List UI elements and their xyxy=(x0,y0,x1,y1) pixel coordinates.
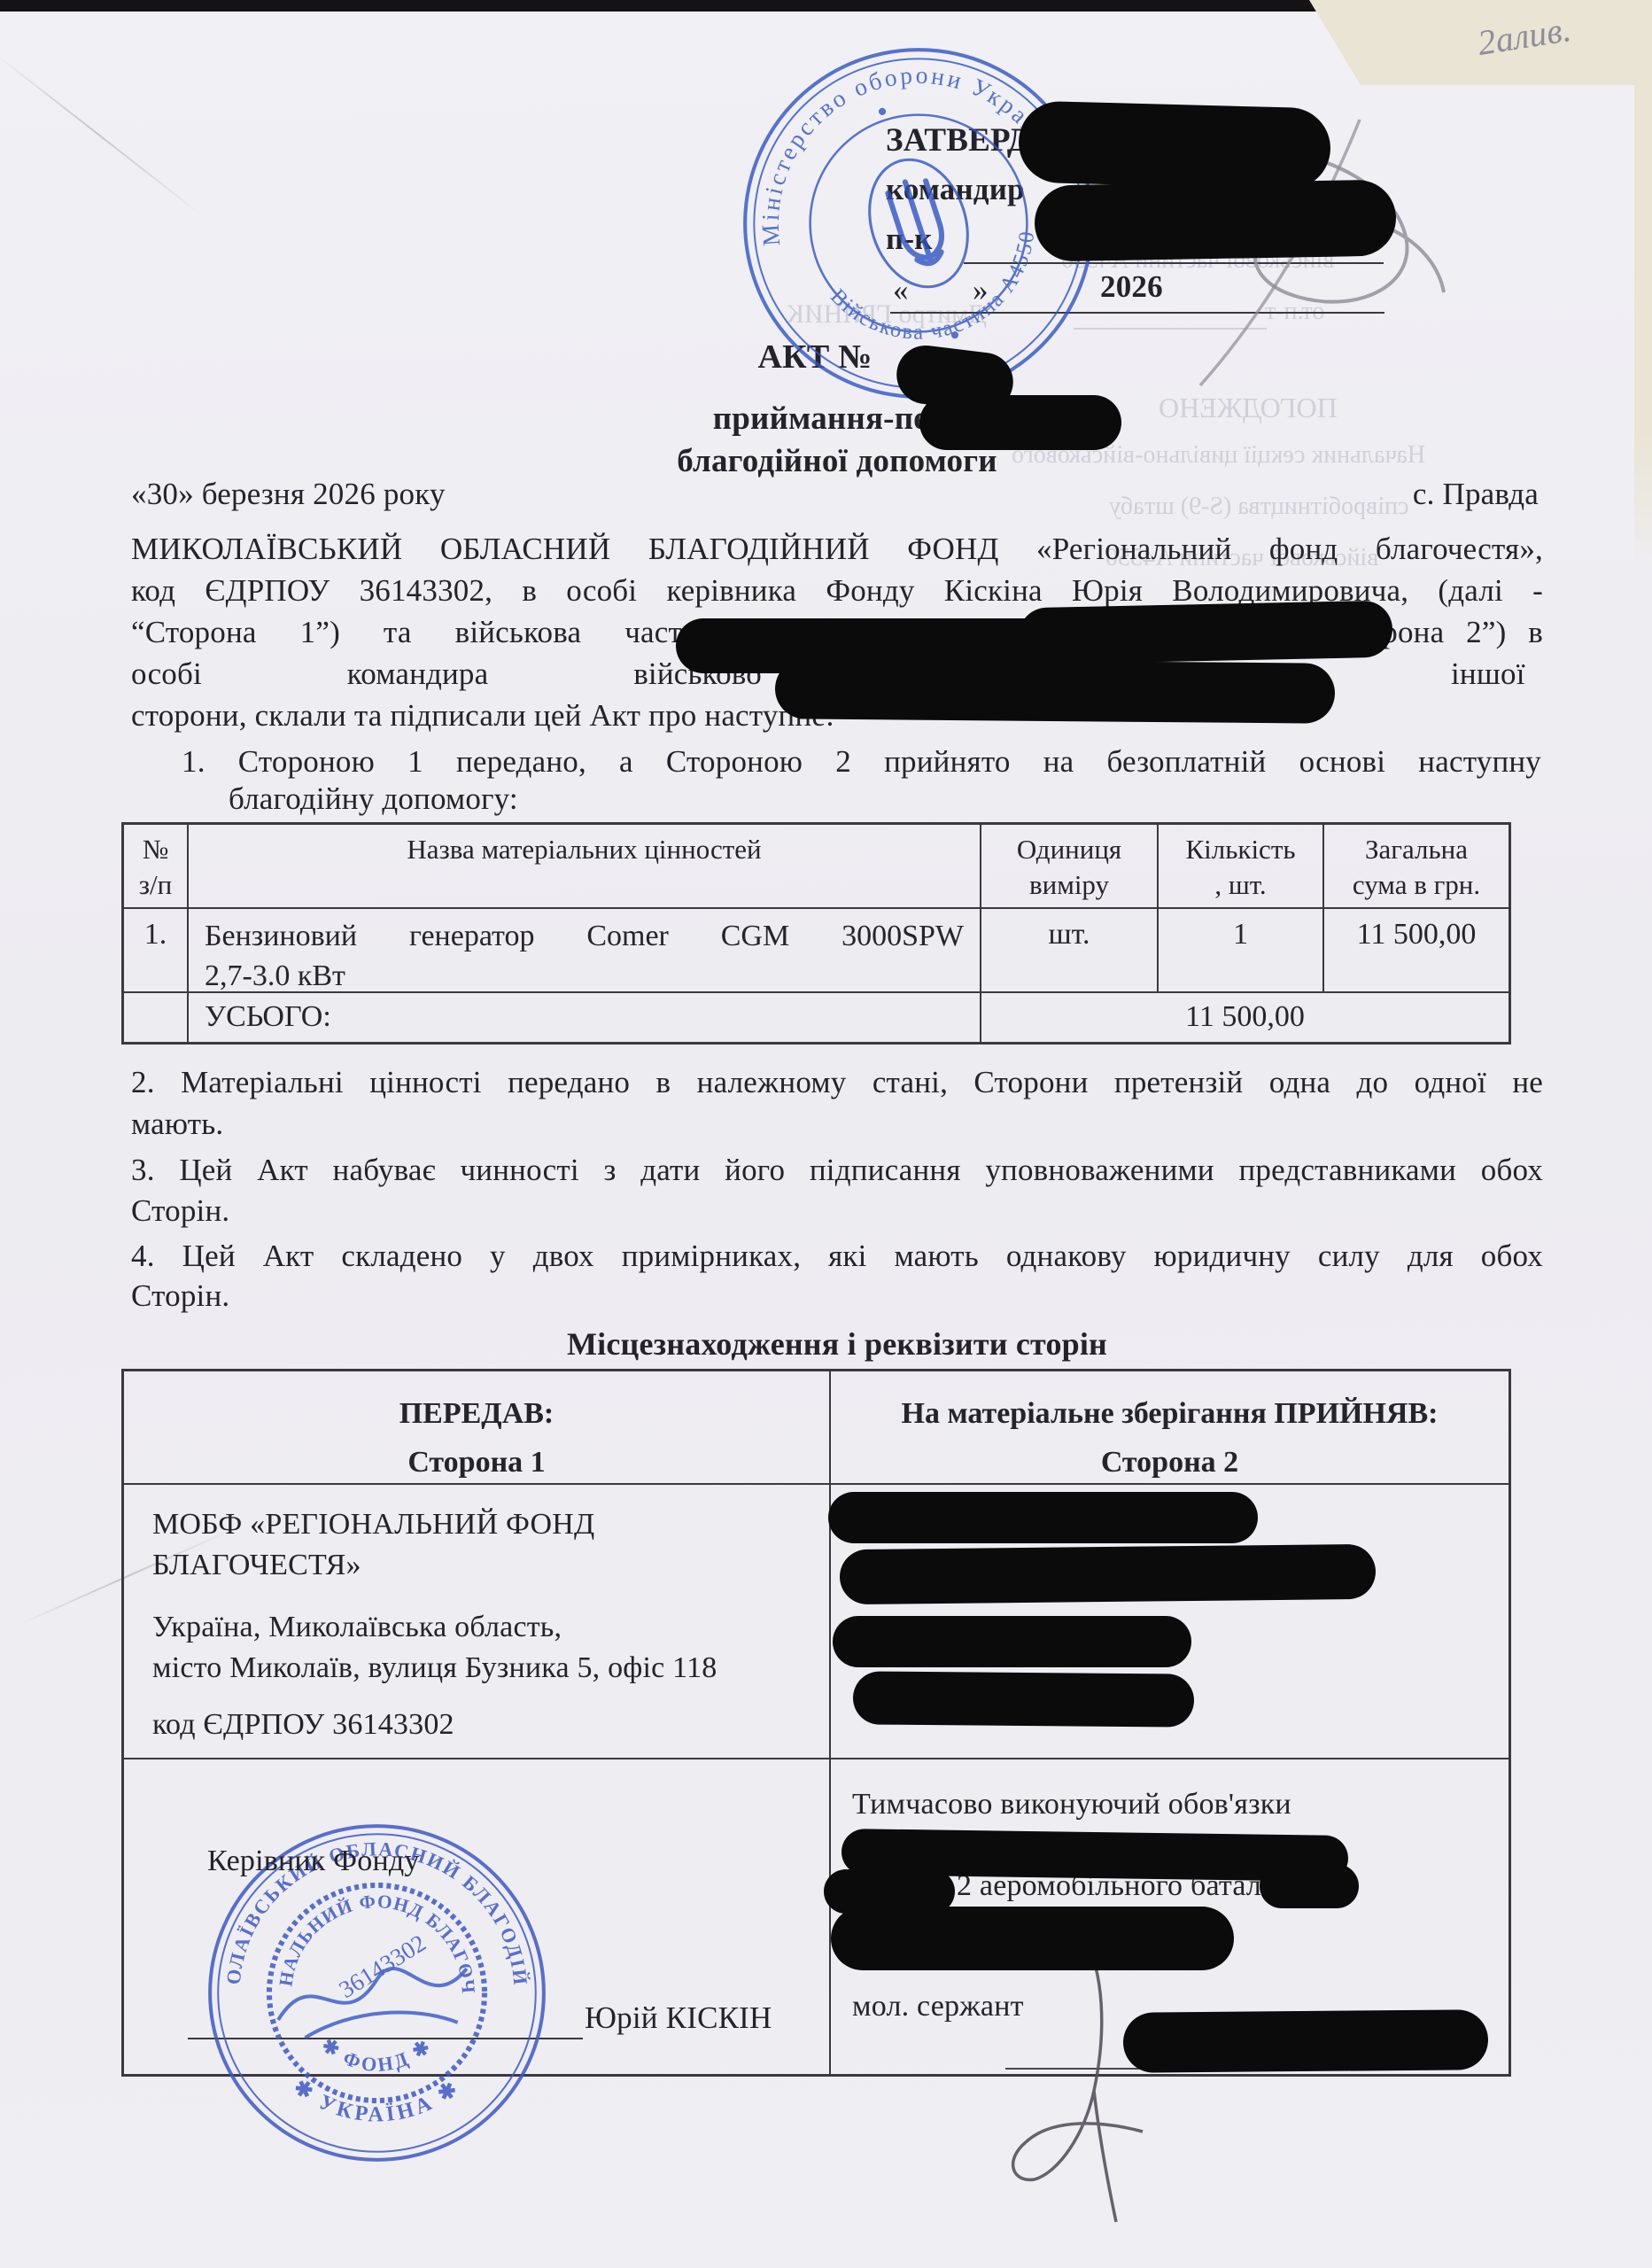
party1-org-line2: БЛАГОЧЕСТЯ» xyxy=(152,1547,361,1585)
redaction-bar-unit-2 xyxy=(1018,601,1392,665)
paper-crease xyxy=(0,51,203,216)
party1-address-line1: Україна, Миколаївська область, xyxy=(152,1609,562,1647)
scanned-document-page: 2алив. Дмитро ГРИНИК військової частини … xyxy=(0,0,1652,2268)
svg-text:✱ ФОНД ✱: ✱ ФОНД ✱ xyxy=(317,2033,437,2076)
party2-position-line1: Тимчасово виконуючий обов'язки xyxy=(852,1786,1291,1824)
col-header-qty-line2: , шт. xyxy=(1214,867,1266,903)
redaction-bar-commander xyxy=(775,658,1336,724)
row1-qty: 1 xyxy=(1159,909,1324,993)
row1-sum: 11 500,00 xyxy=(1324,909,1509,993)
redaction-bar-party2-3 xyxy=(833,1616,1191,1667)
party1-edrpou-code: код ЄДРПОУ 36143302 xyxy=(152,1706,454,1744)
col-header-unit: Одиниця виміру xyxy=(981,825,1159,909)
redaction-bar-approval-2 xyxy=(1034,179,1396,261)
point-4-line-1: 4. Цей Акт складено у двох примірниках, … xyxy=(131,1237,1543,1276)
redaction-bar-position-4 xyxy=(831,1907,1234,1970)
header-transferred-line1: ПЕРЕДАВ: xyxy=(399,1389,555,1438)
header-received: На матеріальне зберігання ПРИЙНЯВ: Сторо… xyxy=(831,1371,1509,1485)
header-transferred-line2: Сторона 1 xyxy=(407,1438,545,1487)
row1-name-line2: 2,7-3.0 кВт xyxy=(205,956,964,993)
col-header-unit-line1: Одиниця xyxy=(1017,832,1121,867)
col-header-num-line2: з/п xyxy=(139,867,172,903)
total-row-num xyxy=(124,993,189,1042)
body-line-4-left: особі командира військово xyxy=(131,655,762,694)
redaction-bar-title xyxy=(919,395,1121,450)
trident-icon xyxy=(887,176,950,269)
item-1-line-1: 1. Стороною 1 передано, а Стороною 2 при… xyxy=(182,742,1541,781)
body-line-5: сторони, склали та підписали цей Акт про… xyxy=(131,696,834,735)
row1-name: Бензиновий генератор Comer CGM 3000SPW 2… xyxy=(189,909,981,993)
item-1-line-2: благодійну допомогу: xyxy=(229,780,518,819)
row1-unit: шт. xyxy=(981,909,1159,993)
redaction-bar-party2-2 xyxy=(840,1544,1377,1604)
svg-text:✱ УКРАЇНА ✱: ✱ УКРАЇНА ✱ xyxy=(289,2075,464,2126)
party1-address-line2: місто Миколаїв, вулиця Бузника 5, офіс 1… xyxy=(152,1650,717,1688)
requisites-heading: Місцезнаходження і реквізити сторін xyxy=(131,1324,1543,1364)
col-header-sum-line1: Загальна xyxy=(1365,832,1468,867)
redaction-bar-approval-1 xyxy=(1018,100,1331,190)
scan-right-edge xyxy=(1634,80,1652,576)
act-date: «30» березня 2026 року xyxy=(131,475,446,514)
col-header-num-line1: № xyxy=(143,832,169,867)
point-2-line-2: мають. xyxy=(131,1105,223,1144)
redaction-bar-party2-4 xyxy=(853,1671,1195,1727)
fund-stamp-code: 36143302 xyxy=(334,1930,430,2003)
redaction-bar-party2-1 xyxy=(828,1492,1258,1543)
col-header-name-text: Назва матеріальних цінностей xyxy=(407,832,761,867)
total-row-label: УСЬОГО: xyxy=(189,993,981,1042)
body-line-3-left: “Сторона 1”) та військова част xyxy=(131,613,682,652)
redaction-bar-signer-name xyxy=(1123,2009,1489,2073)
redaction-bar-position-3 xyxy=(1260,1864,1359,1908)
bleedthrough-text: співробітництва (S-9) штабу xyxy=(1109,493,1408,521)
point-3-line-1: 3. Цей Акт набуває чинності з дати його … xyxy=(131,1151,1543,1190)
point-2-line-1: 2. Матеріальні цінності передано в належ… xyxy=(131,1063,1543,1102)
scan-top-edge xyxy=(0,0,1329,12)
fund-stamp-outer-bottom-text: ✱ УКРАЇНА ✱ xyxy=(289,2075,464,2126)
total-row-value: 11 500,00 xyxy=(981,993,1509,1042)
party1-signer-name: Юрій КІСКІН xyxy=(585,1999,772,2038)
header-received-line1: На матеріальне зберігання ПРИЙНЯВ: xyxy=(902,1389,1439,1438)
act-place: с. Правда xyxy=(1413,475,1539,514)
fund-stamp-inner-bottom-text: ✱ ФОНД ✱ xyxy=(317,2033,437,2076)
col-header-name: Назва матеріальних цінностей xyxy=(189,825,981,909)
party1-org-line1: МОБФ «РЕГІОНАЛЬНИЙ ФОНД xyxy=(152,1506,594,1544)
point-3-line-2: Сторін. xyxy=(131,1192,229,1231)
point-4-line-2: Сторін. xyxy=(131,1277,229,1316)
col-header-sum: Загальна сума в грн. xyxy=(1324,825,1509,909)
header-received-line2: Сторона 2 xyxy=(1101,1438,1238,1487)
col-header-sum-line2: сума в грн. xyxy=(1353,867,1480,903)
goods-table: № з/п Назва матеріальних цінностей Одини… xyxy=(121,822,1511,1045)
col-header-qty: Кількість , шт. xyxy=(1159,825,1324,909)
body-line-4-right: іншої xyxy=(1451,655,1525,694)
col-header-qty-line1: Кількість xyxy=(1185,832,1295,867)
row1-num: 1. xyxy=(124,909,189,993)
col-header-num: № з/п xyxy=(124,825,189,909)
header-transferred: ПЕРЕДАВ: Сторона 1 xyxy=(124,1371,831,1485)
col-header-unit-line2: виміру xyxy=(1029,867,1109,903)
party2-handwritten-signature xyxy=(939,1931,1346,2224)
body-line-1: МИКОЛАЇВСЬКИЙ ОБЛАСНИЙ БЛАГОДІЙНИЙ ФОНД … xyxy=(131,530,1543,569)
row1-name-line1: Бензиновий генератор Comer CGM 3000SPW xyxy=(205,916,964,956)
party1-role: Керівник Фонду xyxy=(207,1843,420,1881)
